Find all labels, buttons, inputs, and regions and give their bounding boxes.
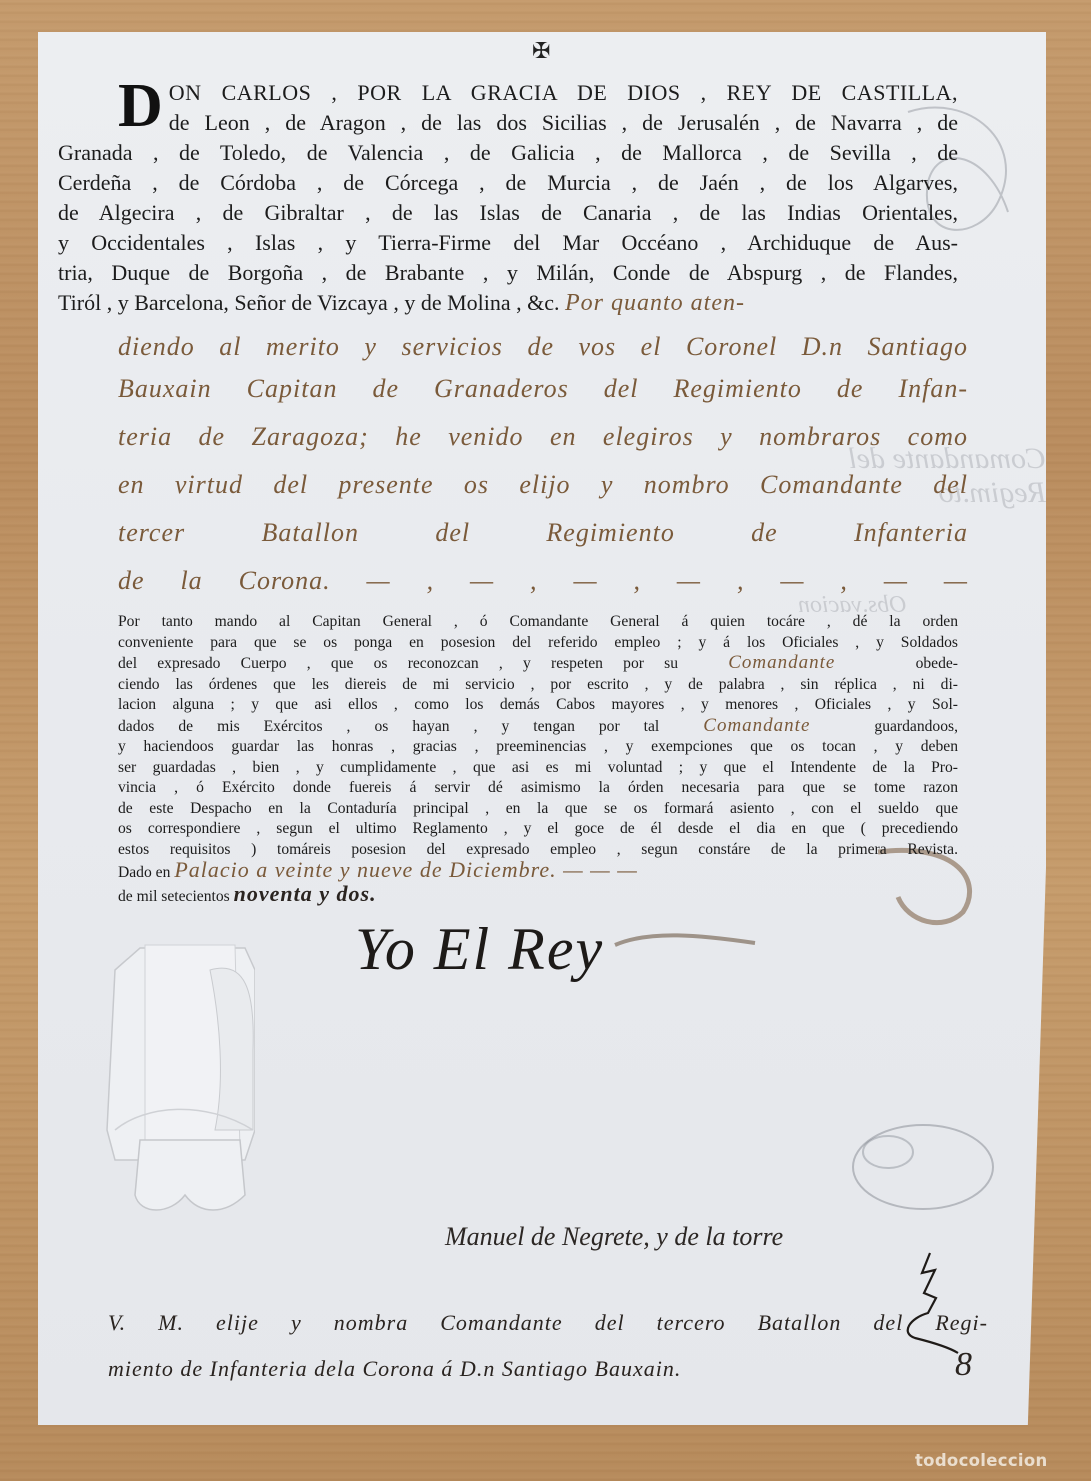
- handwritten-line: en virtud del presente os elijo y nombro…: [118, 464, 968, 506]
- heading-line: Tiról , y Barcelona, Señor de Vizcaya , …: [58, 288, 958, 318]
- royal-signature: Yo El Rey: [355, 915, 604, 984]
- handwritten-date: Palacio a veinte y nueve de Diciembre. —…: [174, 857, 638, 882]
- body-line: Por tanto mando al Capitan General , ó C…: [118, 612, 958, 633]
- body-line: lacion alguna ; y que asi ellos , como l…: [118, 695, 958, 716]
- body-line-text: guardandoos,: [874, 718, 958, 735]
- heading-line-text: Tiról , y Barcelona, Señor de Vizcaya , …: [58, 290, 560, 315]
- royal-title-heading: D ON CARLOS , POR LA GRACIA DE DIOS , RE…: [118, 78, 958, 318]
- body-line: del expresado Cuerpo , que os reconozcan…: [118, 653, 958, 675]
- heading-line: tria, Duque de Borgoña , de Brabante , y…: [58, 258, 958, 288]
- handwritten-line: diendo al merito y servicios de vos el C…: [118, 326, 968, 368]
- summary-note-line: miento de Infanteria dela Corona á D.n S…: [108, 1346, 988, 1392]
- bleed-through-flourish: [838, 1112, 1008, 1222]
- heading-line: de Leon , de Aragon , de las dos Sicilia…: [118, 108, 958, 138]
- body-line-text: del expresado Cuerpo , que os reconozcan…: [118, 655, 678, 672]
- body-line: dados de mis Exércitos , os hayan , y te…: [118, 716, 958, 738]
- handwritten-line: teria de Zaragoza; he venido en elegiros…: [118, 416, 968, 458]
- handwritten-continuation: Por quanto aten-: [565, 290, 745, 316]
- body-line: os correspondiere , segun el ultimo Regl…: [118, 819, 958, 840]
- royal-order-body: Por tanto mando al Capitan General , ó C…: [118, 612, 958, 907]
- handwritten-year: noventa y dos.: [234, 881, 377, 906]
- heading-line: Cerdeña , de Córdoba , de Córcega , de M…: [58, 168, 958, 198]
- body-line: de este Despacho en la Contaduría princi…: [118, 799, 958, 820]
- watermark: todocoleccion: [915, 1451, 1048, 1470]
- body-line: ciendo las órdenes que les diereis de mi…: [118, 675, 958, 696]
- year-line: de mil setecientos noventa y dos.: [118, 884, 958, 908]
- paper-seal: [105, 930, 255, 1215]
- handwritten-line: de la Corona. — , — , — , — , — , — —: [118, 560, 968, 602]
- handwritten-appointment-text: diendo al merito y servicios de vos el C…: [118, 326, 968, 602]
- summary-note: V. M. elije y nombra Comandante del terc…: [108, 1300, 988, 1392]
- body-line-text: dados de mis Exércitos , os hayan , y te…: [118, 718, 659, 735]
- heading-line: Granada , de Toledo, de Valencia , de Ga…: [58, 138, 958, 168]
- handwritten-line: tercer Batallon del Regimiento de Infant…: [118, 512, 968, 554]
- body-line: ser guardadas , bien , y cumplidamente ,…: [118, 758, 958, 779]
- secretary-signature: Manuel de Negrete, y de la torre: [445, 1222, 783, 1252]
- marginal-mark: 8: [955, 1346, 973, 1384]
- handwritten-line: Bauxain Capitan de Granaderos del Regimi…: [118, 368, 968, 410]
- cross-symbol-icon: ✠: [532, 38, 550, 64]
- body-line: vincia , ó Exército donde fuereis á serv…: [118, 778, 958, 799]
- handwritten-rank: Comandante: [728, 652, 835, 673]
- body-line: y haciendoos guardar las honras , gracia…: [118, 737, 958, 758]
- drop-cap: D: [118, 80, 163, 132]
- signature-flourish: [610, 925, 760, 965]
- handwritten-rank: Comandante: [703, 715, 810, 736]
- heading-line: y Occidentales , Islas , y Tierra-Firme …: [58, 228, 958, 258]
- summary-note-line: V. M. elije y nombra Comandante del terc…: [108, 1300, 988, 1346]
- heading-line: ON CARLOS , POR LA GRACIA DE DIOS , REY …: [118, 78, 958, 108]
- body-line-text: de mil setecientos: [118, 888, 230, 905]
- heading-line: de Algecira , de Gibraltar , de las Isla…: [58, 198, 958, 228]
- body-line-text: Dado en: [118, 864, 170, 881]
- body-line: conveniente para que se os ponga en pose…: [118, 633, 958, 654]
- body-line-text: obede-: [916, 655, 958, 672]
